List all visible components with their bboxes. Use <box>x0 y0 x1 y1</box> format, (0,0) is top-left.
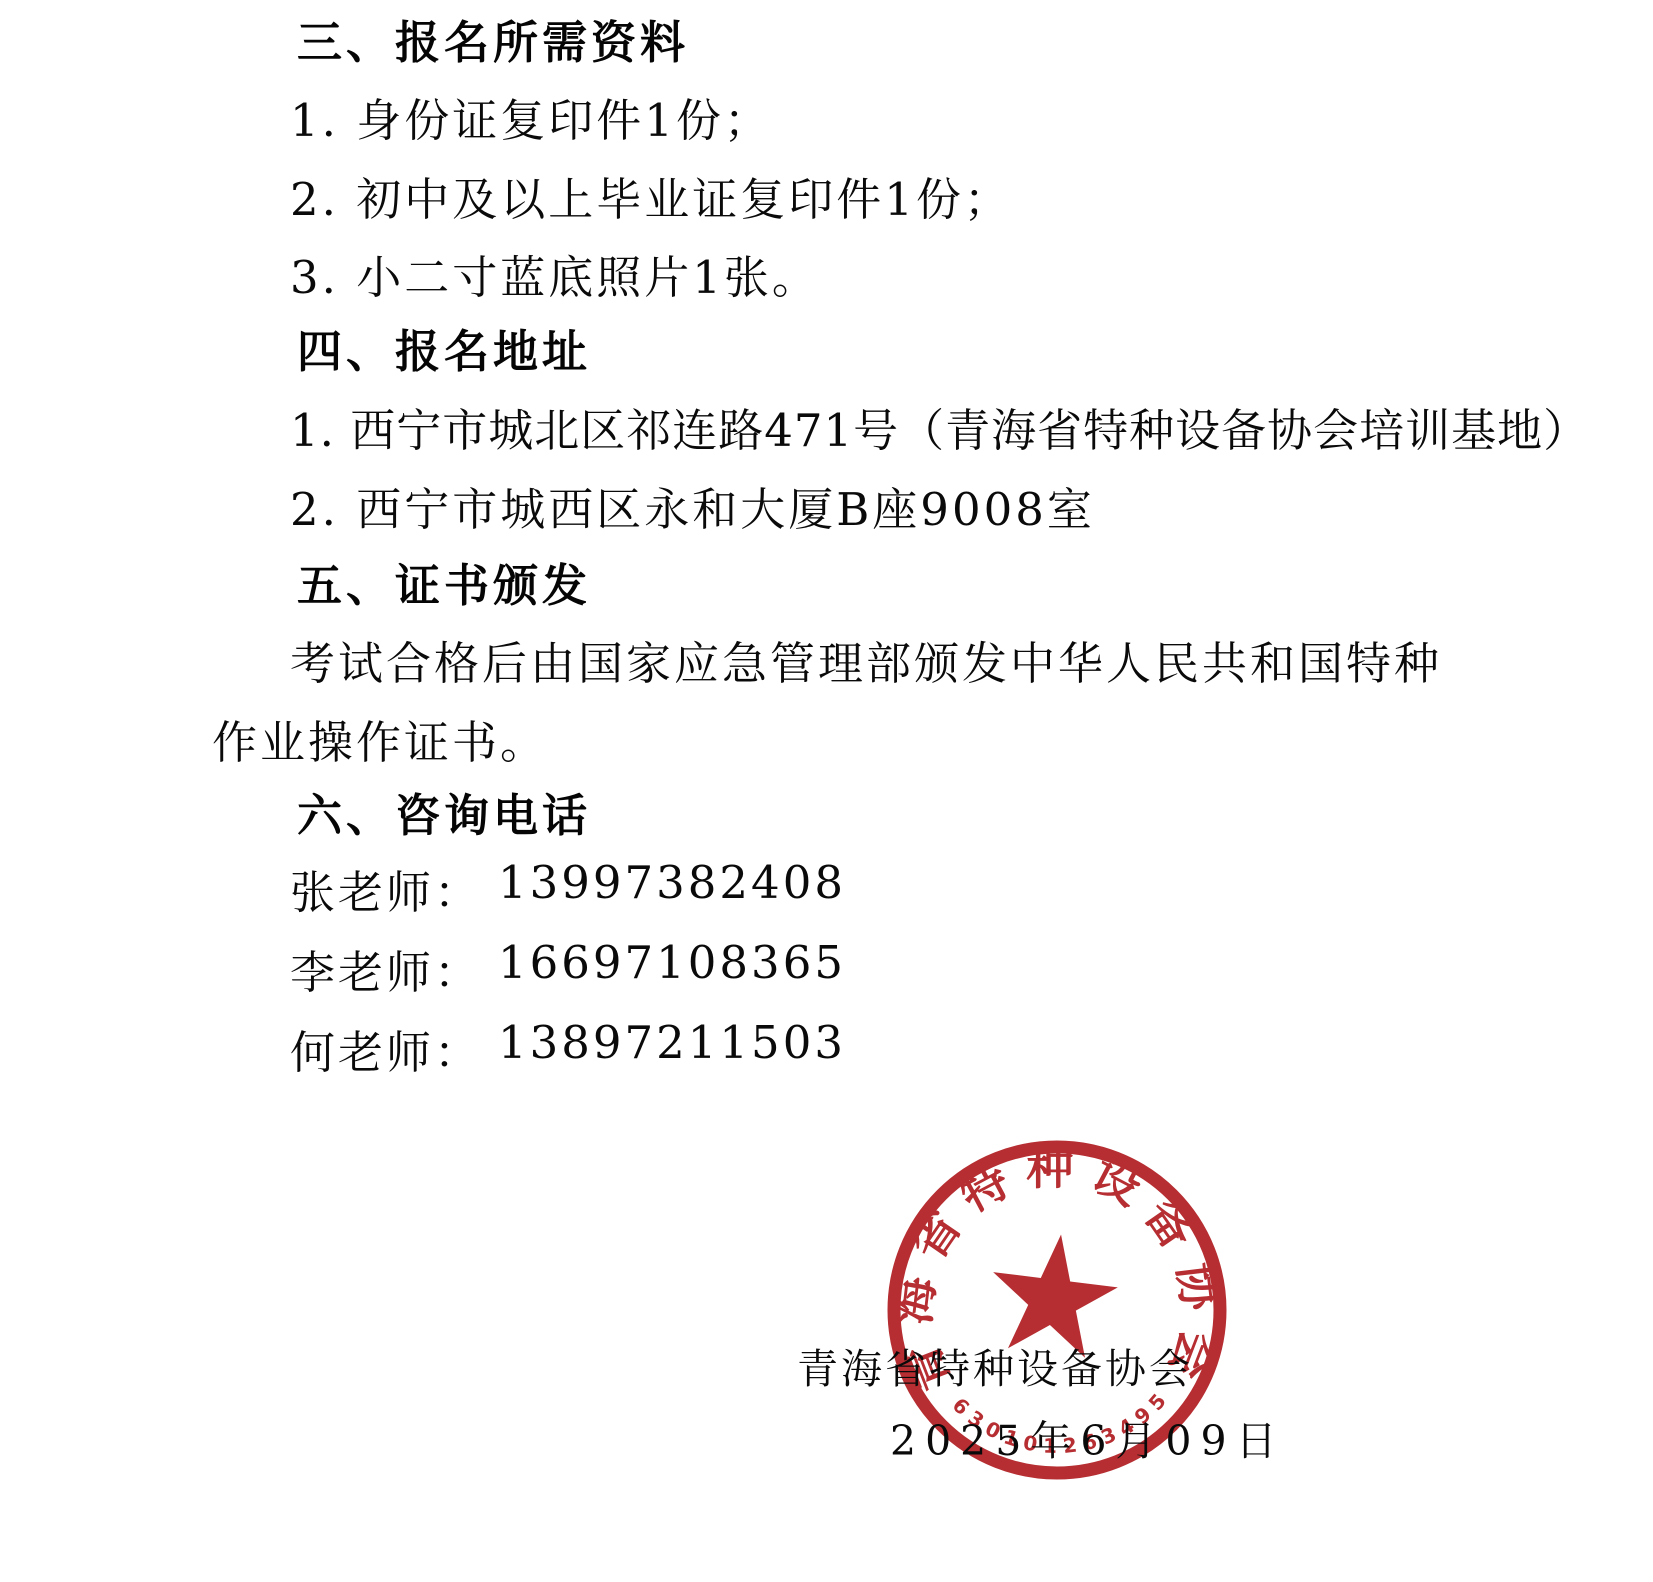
signature-org: 青海省特种设备协会 <box>797 1336 1193 1395</box>
contact-phone: 13897211503 <box>498 1016 846 1081</box>
contact-row: 李老师： 16697108365 <box>290 936 846 1001</box>
section-4-heading: 四、报名地址 <box>297 315 591 380</box>
contact-name: 李老师： <box>290 936 482 1001</box>
section-3-heading: 三、报名所需资料 <box>297 6 689 71</box>
signature-date: 2025年6月09日 <box>890 1408 1286 1467</box>
section-3-item-1: 1. 身份证复印件1份； <box>290 84 772 149</box>
contact-row: 张老师： 13997382408 <box>290 856 846 921</box>
section-5-paragraph-line-1: 考试合格后由国家应急管理部颁发中华人民共和国特种 <box>290 627 1442 692</box>
contact-name: 何老师： <box>290 1016 482 1081</box>
contact-name: 张老师： <box>290 856 482 921</box>
section-3-item-3: 3. 小二寸蓝底照片1张。 <box>290 241 820 306</box>
section-5-heading: 五、证书颁发 <box>297 549 591 614</box>
contact-phone: 16697108365 <box>498 936 846 1001</box>
document-page: { "page": { "background": "#ffffff", "te… <box>0 0 1653 1582</box>
section-6-heading: 六、咨询电话 <box>297 779 591 844</box>
section-4-item-2: 2. 西宁市城西区永和大厦B座9008室 <box>290 473 1095 538</box>
contact-phone: 13997382408 <box>498 856 846 921</box>
section-4-item-1: 1. 西宁市城北区祁连路471号（青海省特种设备协会培训基地） <box>290 394 1589 459</box>
section-3-item-2: 2. 初中及以上毕业证复印件1份； <box>290 163 1012 228</box>
contact-row: 何老师： 13897211503 <box>290 1016 846 1081</box>
section-5-paragraph-line-2: 作业操作证书。 <box>212 706 548 771</box>
